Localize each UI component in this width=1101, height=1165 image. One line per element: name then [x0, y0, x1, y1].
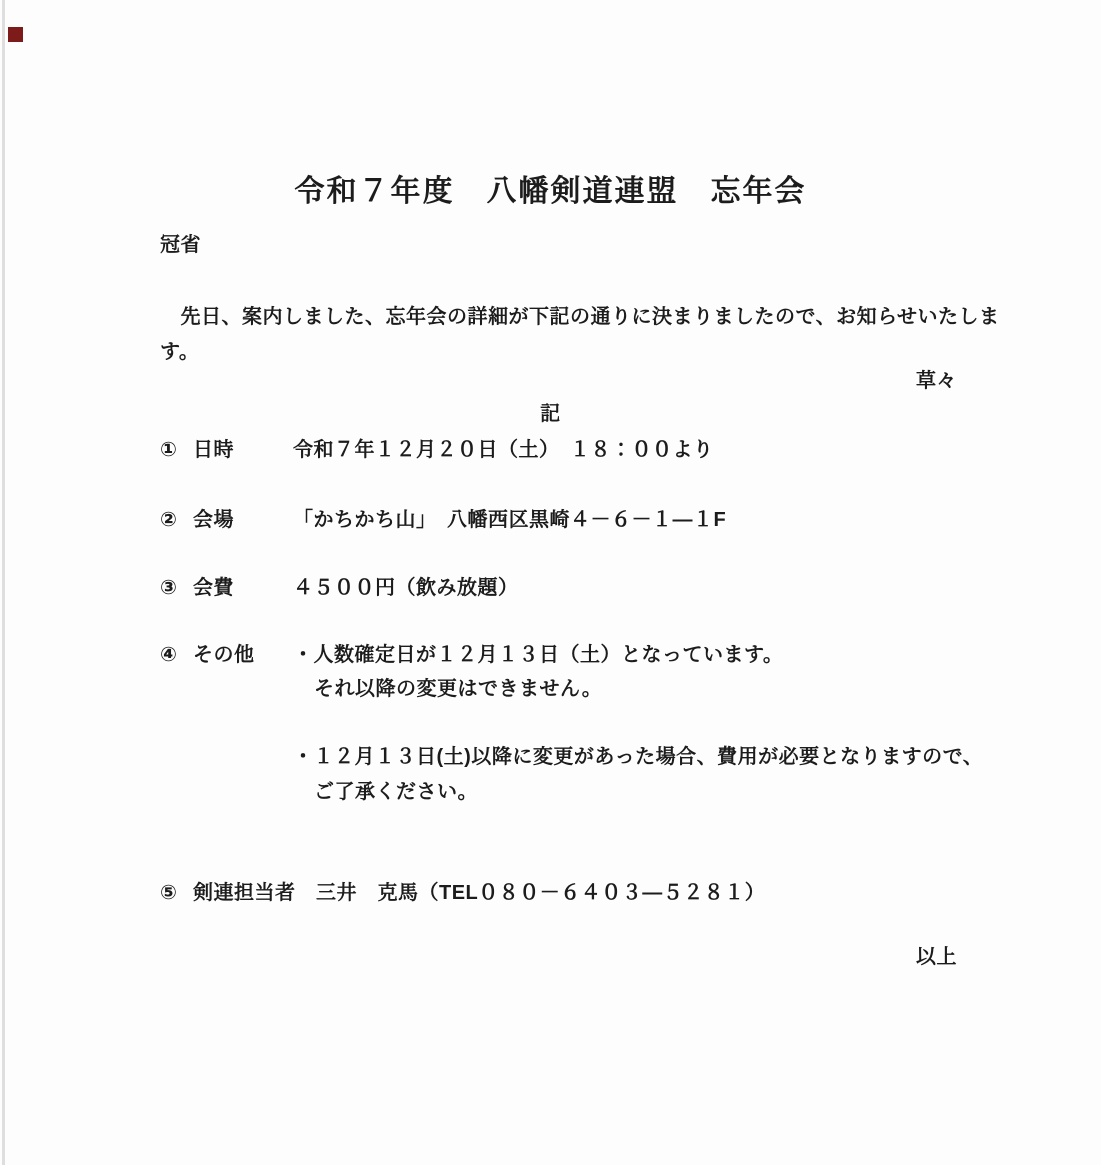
item-other-note2-cont: ご了承ください。	[314, 779, 478, 805]
item-datetime-value: 令和７年１２月２０日（土） １８：００より	[293, 439, 714, 461]
item-fee-marker: ③	[160, 575, 193, 601]
body-line-1: 先日、案内しました、忘年会の詳細が下記の通りに決まりましたので、お知らせいたしま	[160, 304, 1000, 330]
item-venue: ②会場「かちかち山」 八幡西区黒崎４－６－１—１F	[160, 507, 726, 533]
item-fee-label: 会費	[193, 575, 293, 601]
item-other-note1-cont: それ以降の変更はできません。	[314, 676, 602, 702]
document-page: 令和７年度 八幡剣道連盟 忘年会 冠省 先日、案内しました、忘年会の詳細が下記の…	[0, 0, 1101, 1165]
red-corner-marker	[8, 27, 23, 42]
item-contact: ⑤剣連担当者 三井 克馬（TEL０８０－６４０３—５２８１）	[160, 880, 765, 906]
item-fee: ③会費４５００円（飲み放題）	[160, 575, 519, 601]
item-datetime-marker: ①	[160, 437, 193, 463]
item-fee-value: ４５００円（飲み放題）	[293, 577, 519, 599]
salutation: 冠省	[160, 232, 201, 258]
closing-soso: 草々	[916, 368, 957, 394]
item-other-note1: ・人数確定日が１２月１３日（土）となっています。	[293, 644, 783, 666]
item-contact-marker: ⑤	[160, 880, 193, 906]
doc-title: 令和７年度 八幡剣道連盟 忘年会	[0, 174, 1101, 210]
item-other: ④その他・人数確定日が１２月１３日（土）となっています。	[160, 642, 783, 668]
item-venue-marker: ②	[160, 507, 193, 533]
item-venue-value: 「かちかち山」 八幡西区黒崎４－６－１—１F	[293, 509, 726, 531]
item-other-note2: ・１２月１３日(土)以降に変更があった場合、費用が必要となりますので、	[293, 744, 983, 770]
item-contact-label: 剣連担当者 三井 克馬（TEL０８０－６４０３—５２８１）	[193, 882, 765, 904]
item-venue-label: 会場	[193, 507, 293, 533]
body-line-2: す。	[160, 339, 199, 365]
item-datetime-label: 日時	[193, 437, 293, 463]
kiji-heading: 記	[0, 401, 1101, 427]
footer-ijou: 以上	[916, 944, 957, 970]
item-datetime: ①日時令和７年１２月２０日（土） １８：００より	[160, 437, 714, 463]
item-other-marker: ④	[160, 642, 193, 668]
item-other-label: その他	[193, 642, 293, 668]
